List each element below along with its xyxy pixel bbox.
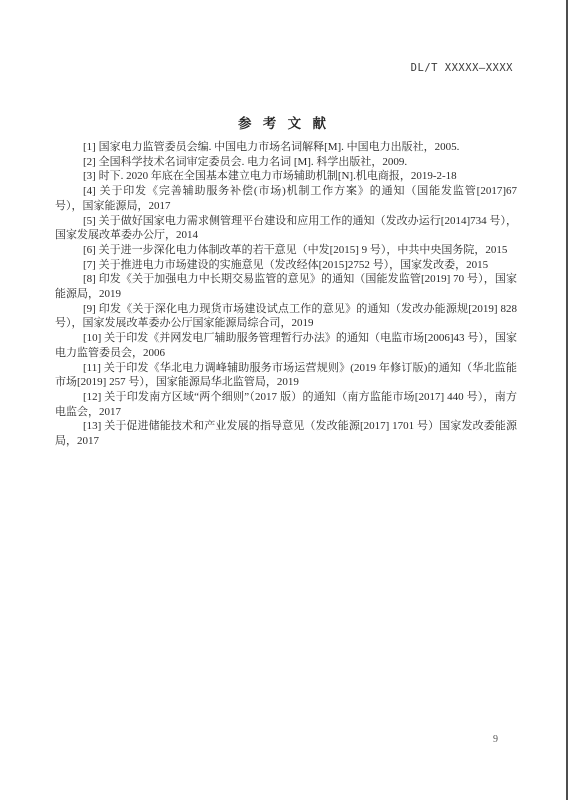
document-page: DL/T XXXXX—XXXX 参 考 文 献 [1] 国家电力监管委员会编. … bbox=[0, 0, 568, 800]
standard-code-header: DL/T XXXXX—XXXX bbox=[411, 62, 513, 74]
references-title: 参 考 文 献 bbox=[0, 112, 568, 132]
reference-item: [13] 关于促进储能技术和产业发展的指导意见（发改能源[2017] 1701 … bbox=[55, 419, 517, 448]
reference-item: [9] 印发《关于深化电力现货市场建设试点工作的意见》的通知（发改办能源规[20… bbox=[55, 302, 517, 331]
reference-item: [8] 印发《关于加强电力中长期交易监管的意见》的通知（国能发监管[2019] … bbox=[55, 272, 517, 301]
reference-item: [10] 关于印发《并网发电厂辅助服务管理暂行办法》的通知（电监市场[2006]… bbox=[55, 331, 517, 360]
reference-item: [5] 关于做好国家电力需求侧管理平台建设和应用工作的通知（发改办运行[2014… bbox=[55, 214, 517, 243]
reference-item: [2] 全国科学技术名词审定委员会. 电力名词 [M]. 科学出版社，2009. bbox=[55, 155, 517, 170]
references-list: [1] 国家电力监管委员会编. 中国电力市场名词解释[M]. 中国电力出版社，2… bbox=[55, 140, 517, 449]
reference-item: [12] 关于印发南方区域“两个细则”（2017 版）的通知（南方监能市场[20… bbox=[55, 390, 517, 419]
reference-item: [3] 时下. 2020 年底在全国基本建立电力市场辅助机制[N].机电商报，2… bbox=[55, 169, 517, 184]
reference-item: [7] 关于推进电力市场建设的实施意见（发改经体[2015]2752 号），国家… bbox=[55, 258, 517, 273]
reference-item: [11] 关于印发《华北电力调峰辅助服务市场运营规则》(2019 年修订版)的通… bbox=[55, 361, 517, 390]
reference-item: [1] 国家电力监管委员会编. 中国电力市场名词解释[M]. 中国电力出版社，2… bbox=[55, 140, 517, 155]
reference-item: [6] 关于进一步深化电力体制改革的若干意见（中发[2015] 9 号），中共中… bbox=[55, 243, 517, 258]
page-number: 9 bbox=[493, 734, 498, 745]
reference-item: [4] 关于印发《完善辅助服务补偿(市场)机制工作方案》的通知（国能发监管[20… bbox=[55, 184, 517, 213]
